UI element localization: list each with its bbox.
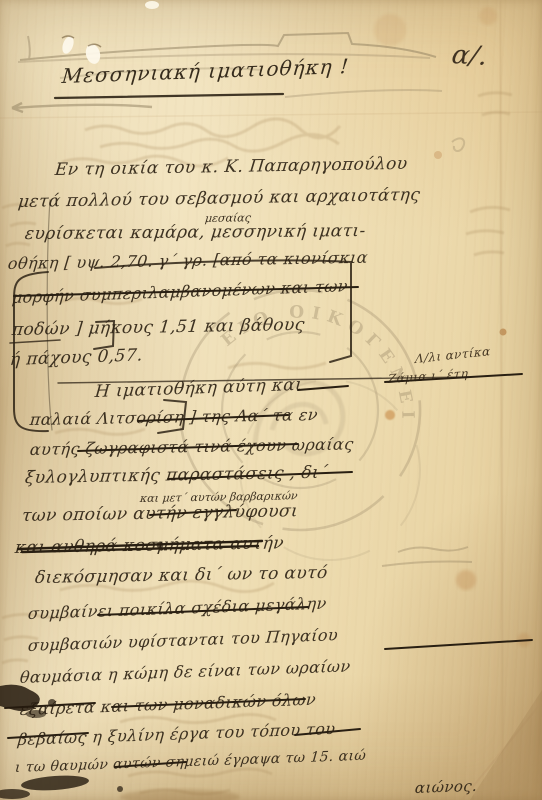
strike-line — [298, 386, 348, 390]
ink-blot — [21, 774, 90, 793]
manuscript-page: ΕΙΟ ΟΙΚΟΓΕΝΕΙ — [0, 0, 542, 800]
strike-line — [138, 415, 288, 421]
word-underline — [10, 340, 60, 343]
box-bracket — [95, 260, 351, 362]
strike-line — [385, 640, 532, 649]
strike-line — [150, 510, 236, 515]
ink-blot — [48, 699, 56, 707]
strike-line — [18, 541, 262, 552]
strike-line — [168, 472, 352, 479]
ink-blot — [26, 710, 46, 718]
title-underline — [55, 94, 283, 98]
guide-line — [47, 200, 52, 430]
over-decor-svg — [0, 0, 542, 800]
ink-blot — [0, 789, 30, 799]
strike-line — [115, 762, 186, 767]
ink-blots — [0, 542, 163, 799]
strike-line — [14, 287, 358, 296]
strike-line — [8, 729, 360, 738]
ink-blot — [117, 786, 123, 792]
ink-blot — [157, 542, 164, 549]
strike-line — [78, 444, 298, 451]
insert-bracket — [158, 400, 186, 433]
strike-line — [98, 607, 308, 615]
ink-blot — [0, 685, 40, 711]
strikethroughs — [5, 287, 532, 767]
small-bracket — [94, 321, 114, 349]
